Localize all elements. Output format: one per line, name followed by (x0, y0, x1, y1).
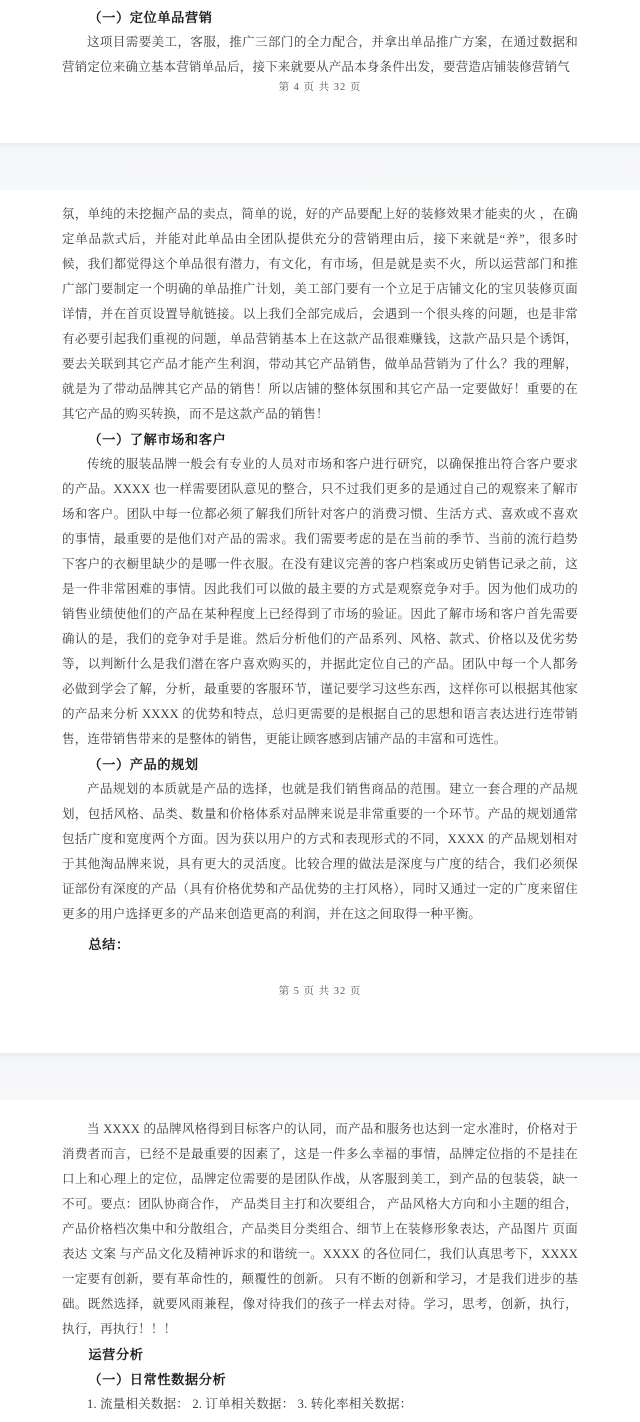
document-viewer: （一）定位单品营销这项目需要美工，客服，推广三部门的全力配合，并拿出单品推广方案… (0, 0, 640, 1422)
page-6: 当 XXXX 的品牌风格得到目标客户的认同，而产品和服务也达到一定水准时，价格对… (0, 1100, 640, 1422)
body-paragraph: 传统的服装品牌一般会有专业的人员对市场和客户进行研究，以确保推出符合客户要求的产… (62, 452, 578, 752)
page-4: （一）定位单品营销这项目需要美工，客服，推广三部门的全力配合，并拿出单品推广方案… (0, 0, 640, 143)
page-gap (0, 143, 640, 190)
section-heading: 总结： (62, 932, 578, 957)
section-heading: （一）了解市场和客户 (62, 427, 578, 452)
page-gap (0, 1053, 640, 1100)
body-paragraph: 当 XXXX 的品牌风格得到目标客户的认同，而产品和服务也达到一定水准时，价格对… (62, 1117, 578, 1342)
section-heading: （一）日常性数据分析 (62, 1367, 578, 1392)
page-number-footer: 第 4 页 共 32 页 (0, 80, 640, 96)
body-paragraph: 产品规划的本质就是产品的选择，也就是我们销售商品的范围。建立一套合理的产品规划，… (62, 777, 578, 927)
body-paragraph: 氛，单纯的未挖掘产品的卖点，简单的说，好的产品要配上好的装修效果才能卖的火 ，在… (62, 202, 578, 427)
body-paragraph: 这项目需要美工，客服，推广三部门的全力配合，并拿出单品推广方案，在通过数据和营销… (62, 30, 578, 80)
page-number-footer: 第 5 页 共 32 页 (0, 984, 640, 1000)
section-heading: （一）定位单品营销 (62, 5, 578, 30)
body-paragraph: 1. 流量相关数据： 2. 订单相关数据： 3. 转化率相关数据： (62, 1392, 578, 1417)
section-heading: 运营分析 (62, 1342, 578, 1367)
section-heading: （一）产品的规划 (62, 752, 578, 777)
page-5: 氛，单纯的未挖掘产品的卖点，简单的说，好的产品要配上好的装修效果才能卖的火 ，在… (0, 190, 640, 1053)
